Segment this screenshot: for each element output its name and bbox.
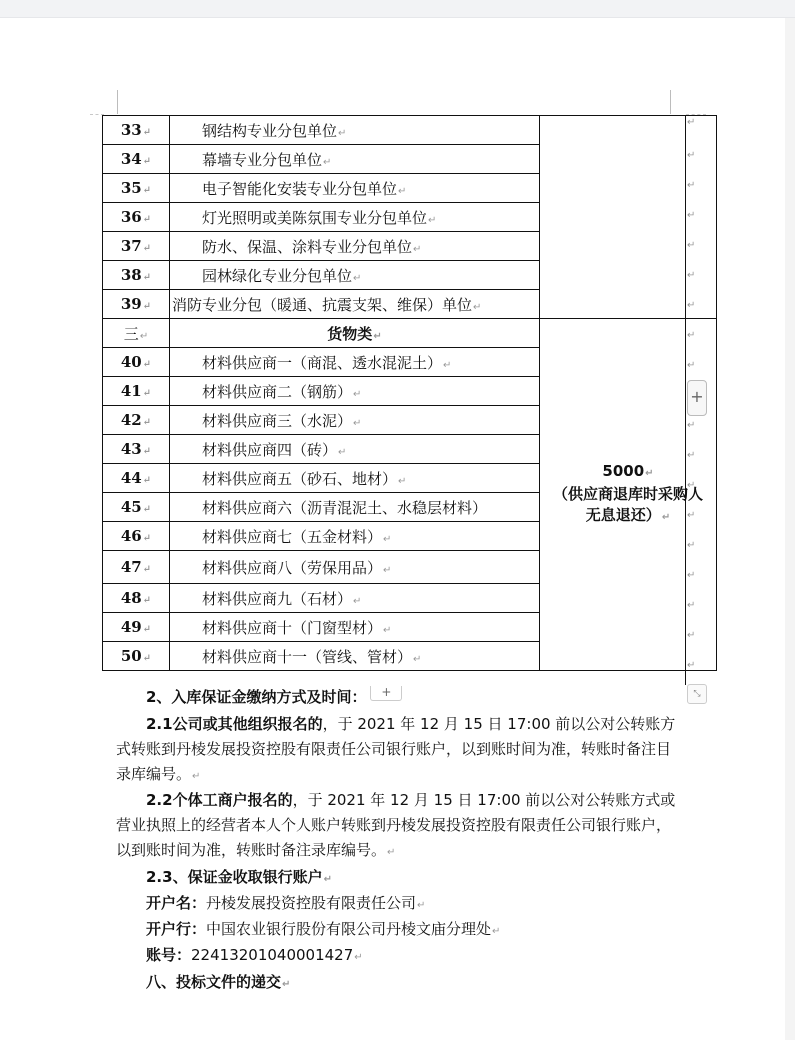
row-number[interactable]: 41↵	[103, 377, 170, 406]
row-end-mark: ↵	[687, 270, 695, 281]
row-name[interactable]: 材料供应商三（水泥）↵	[170, 406, 540, 435]
table-row: 33↵ 钢结构专业分包单位↵	[103, 116, 717, 145]
row-name[interactable]: 材料供应商五（砂石、地材）↵	[170, 464, 540, 493]
p21-lead: 2.1公司或其他组织报名的	[146, 715, 323, 733]
row-end-mark: ↵	[687, 150, 695, 161]
row-name[interactable]: 材料供应商十一（管线、管材）↵	[170, 642, 540, 671]
row-number[interactable]: 37↵	[103, 232, 170, 261]
row-number[interactable]: 46↵	[103, 522, 170, 551]
account-number-line: 账号：22413201040001427↵	[146, 944, 363, 965]
row-name[interactable]: 消防专业分包（暖通、抗震支架、维保）单位↵	[170, 290, 540, 319]
row-end-mark: ↵	[687, 210, 695, 221]
heading-bank-account: 2.3、保证金收取银行账户↵	[146, 866, 332, 887]
app-toolbar-strip	[0, 0, 795, 18]
row-name[interactable]: 钢结构专业分包单位↵	[170, 116, 540, 145]
row-end-mark: ↵	[687, 240, 695, 251]
vertical-scrollbar[interactable]	[785, 18, 795, 1040]
row-name[interactable]: 幕墙专业分包单位↵	[170, 145, 540, 174]
row-name[interactable]: 园林绿化专业分包单位↵	[170, 261, 540, 290]
add-row-button[interactable]: +	[687, 380, 707, 416]
row-name[interactable]: 电子智能化安装专业分包单位↵	[170, 174, 540, 203]
row-name[interactable]: 材料供应商九（石材）↵	[170, 584, 540, 613]
row-end-mark: ↵	[687, 450, 695, 461]
section-number[interactable]: 三↵	[103, 319, 170, 348]
row-end-mark: ↵	[687, 300, 695, 311]
account-name-value: 丹棱发展投资控股有限责任公司	[206, 894, 416, 912]
row-number[interactable]: 44↵	[103, 464, 170, 493]
row-end-mark: ↵	[687, 117, 695, 128]
row-number[interactable]: 36↵	[103, 203, 170, 232]
account-number-label: 账号：	[146, 946, 191, 964]
row-number[interactable]: 40↵	[103, 348, 170, 377]
row-number[interactable]: 35↵	[103, 174, 170, 203]
paragraph-2-2: 2.2个体工商户报名的，于 2021 年 12 月 15 日 17:00 前以公…	[116, 788, 676, 865]
supplier-category-table: 33↵ 钢结构专业分包单位↵ 34↵ 幕墙专业分包单位↵ 35↵ 电子智能化安装…	[102, 115, 717, 671]
row-end-mark: ↵	[687, 420, 695, 431]
deposit-note-line2: 无息退还）	[586, 506, 661, 524]
row-number[interactable]: 39↵	[103, 290, 170, 319]
row-number[interactable]: 43↵	[103, 435, 170, 464]
heading-text: 2.3、保证金收取银行账户	[146, 868, 323, 886]
bank-label: 开户行：	[146, 920, 206, 938]
heading-text: 八、投标文件的递交	[146, 973, 281, 991]
row-end-mark: ↵	[687, 600, 695, 611]
row-number[interactable]: 49↵	[103, 613, 170, 642]
row-number[interactable]: 42↵	[103, 406, 170, 435]
page-margin-mark-left	[117, 90, 118, 114]
row-end-mark: ↵	[687, 660, 695, 671]
row-number[interactable]: 45↵	[103, 493, 170, 522]
p22-lead: 2.2个体工商户报名的	[146, 791, 293, 809]
bank-value: 中国农业银行股份有限公司丹棱文庙分理处	[206, 920, 491, 938]
heading-text: 2、入库保证金缴纳方式及时间：	[146, 688, 366, 706]
table-section-row: 三↵ 货物类↵ 5000↵ （供应商退库时采购人 无息退还）↵	[103, 319, 717, 348]
section-8-heading: 八、投标文件的递交↵	[146, 971, 290, 992]
row-name[interactable]: 材料供应商十（门窗型材）↵	[170, 613, 540, 642]
deposit-amount: 5000	[602, 462, 644, 480]
row-name[interactable]: 材料供应商一（商混、透水混泥土）↵	[170, 348, 540, 377]
page-margin-mark-right	[670, 90, 671, 114]
row-end-mark: ↵	[687, 330, 695, 341]
row-number[interactable]: 47↵	[103, 551, 170, 584]
row-name[interactable]: 防水、保温、涂料专业分包单位↵	[170, 232, 540, 261]
row-name[interactable]: 材料供应商六（沥青混泥土、水稳层材料）	[170, 493, 540, 522]
account-number-value: 22413201040001427	[191, 946, 353, 964]
row-end-mark: ↵	[687, 630, 695, 641]
paragraph-2-1: 2.1公司或其他组织报名的，于 2021 年 12 月 15 日 17:00 前…	[116, 712, 676, 789]
row-end-mark: ↵	[687, 540, 695, 551]
table-resize-handle[interactable]: ⤡	[687, 684, 707, 704]
row-number[interactable]: 34↵	[103, 145, 170, 174]
account-name-label: 开户名：	[146, 894, 206, 912]
row-end-mark: ↵	[687, 480, 695, 491]
row-end-mark: ↵	[687, 570, 695, 581]
row-name[interactable]: 材料供应商四（砖）↵	[170, 435, 540, 464]
row-number[interactable]: 48↵	[103, 584, 170, 613]
row-number[interactable]: 38↵	[103, 261, 170, 290]
row-name[interactable]: 材料供应商七（五金材料）↵	[170, 522, 540, 551]
add-column-button[interactable]: +	[370, 686, 402, 701]
bank-line: 开户行：中国农业银行股份有限公司丹棱文庙分理处↵	[146, 918, 500, 939]
table-right-border	[685, 115, 686, 685]
account-name-line: 开户名：丹棱发展投资控股有限责任公司↵	[146, 892, 425, 913]
section-title[interactable]: 货物类↵	[170, 319, 540, 348]
row-end-mark: ↵	[687, 360, 695, 371]
row-name[interactable]: 材料供应商八（劳保用品）↵	[170, 551, 540, 584]
row-number[interactable]: 33↵	[103, 116, 170, 145]
row-name[interactable]: 材料供应商二（钢筋）↵	[170, 377, 540, 406]
row-end-mark: ↵	[687, 180, 695, 191]
goods-deposit-cell[interactable]: 5000↵ （供应商退库时采购人 无息退还）↵	[540, 319, 717, 671]
row-end-mark: ↵	[687, 510, 695, 521]
heading-deposit-method: 2、入库保证金缴纳方式及时间：+	[146, 686, 402, 707]
row-name[interactable]: 灯光照明或美陈氛围专业分包单位↵	[170, 203, 540, 232]
row-number[interactable]: 50↵	[103, 642, 170, 671]
